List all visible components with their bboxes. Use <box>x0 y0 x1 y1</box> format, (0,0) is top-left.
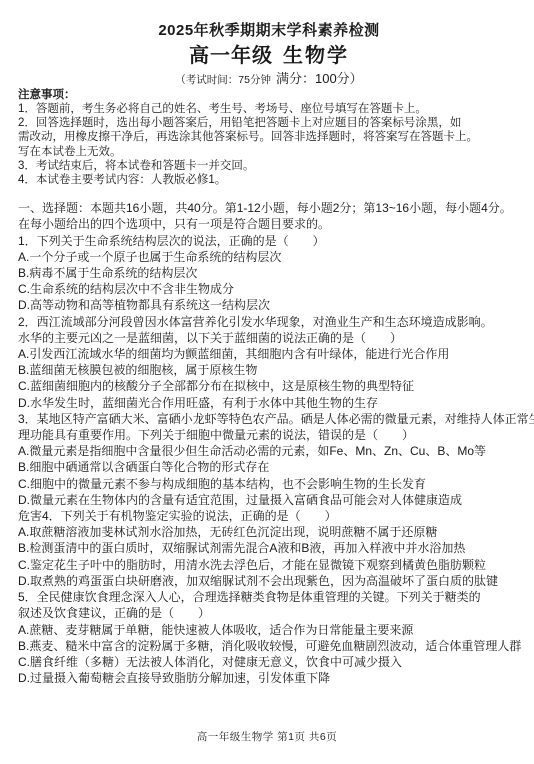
text-line: 5．全民健康饮食理念深入人心，合理选择糖类食物是体重管理的关键。下列关于糖类的 <box>18 589 520 605</box>
text-line: D.高等动物和高等植物都具有系统这一结构层次 <box>18 297 520 313</box>
text-line: C.膳食纤维（多糖）无法被人体消化，对健康无意义，饮食中可减少摄入 <box>18 654 520 670</box>
exam-full-score: 满分：100分） <box>276 71 363 86</box>
notices: 1．答题前，考生务必将自己的姓名、考生号、考场号、座位号填写在答题卡上。2．回答… <box>18 102 520 187</box>
exam-duration: （考试时间：75分钟 <box>175 74 271 86</box>
exam-body: 一、选择题：本题共16小题，共40分。第1-12小题，每小题2分；第13~16小… <box>18 200 520 686</box>
exam-title: 2025年秋季期期末学科素养检测 <box>18 22 520 40</box>
text-line: 在每小题给出的四个选项中，只有一项是符合题目要求的。 <box>18 216 520 232</box>
text-line: 写在本试卷上无效。 <box>18 145 520 159</box>
text-line: D.取煮熟的鸡蛋蛋白块研磨液，加双缩脲试剂不会出现紫色，因为高温破坏了蛋白质的肽… <box>18 573 520 589</box>
text-line: D.微量元素在生物体内的含量有适宜范围，过量摄入富硒食品可能会对人体健康造成 <box>18 492 520 508</box>
grade-subject-title: 高一年级生物学 <box>18 44 520 69</box>
text-line: D.水华发生时，蓝细菌光合作用旺盛，有利于水体中其他生物的生存 <box>18 395 520 411</box>
text-line: B.燕麦、糙米中富含的淀粉属于多糖，消化吸收较慢，可避免血糖剧烈波动，适合体重管… <box>18 638 520 654</box>
text-line: C.细胞中的微量元素不参与构成细胞的基本结构，也不会影响生物的生长发育 <box>18 476 520 492</box>
text-line: A.取蔗糖溶液加斐林试剂水浴加热，无砖红色沉淀出现，说明蔗糖不属于还原糖 <box>18 524 520 540</box>
text-line: C.蓝细菌细胞内的核酸分子全部都分布在拟核中，这是原核生物的典型特征 <box>18 378 520 394</box>
text-line: 1．下列关于生命系统结构层次的说法，正确的是（ ） <box>18 233 520 249</box>
text-line: C.鉴定花生子叶中的脂肪时，用清水洗去浮色后，才能在显微镜下观察到橘黄色脂肪颗粒 <box>18 557 520 573</box>
text-line: 水华的主要元凶之一是蓝细菌，以下关于蓝细菌的说法正确的是（ ） <box>18 330 520 346</box>
text-line: B.蓝细菌无核膜包被的细胞核，属于原核生物 <box>18 362 520 378</box>
text-line: 理功能具有重要作用。下列关于细胞中微量元素的说法，错误的是（ ） <box>18 427 520 443</box>
text-line: B.病毒不属于生命系统的结构层次 <box>18 265 520 281</box>
text-line: 4．本试卷主要考试内容：人教版必修1。 <box>18 173 520 187</box>
text-line: A.蔗糖、麦芽糖属于单糖，能快速被人体吸收，适合作为日常能量主要来源 <box>18 622 520 638</box>
text-line: A.引发西江流域水华的细菌均为颤蓝细菌，其细胞内含有叶绿体，能进行光合作用 <box>18 346 520 362</box>
text-line: 需改动，用橡皮擦干净后，再选涂其他答案标号。回答非选择题时，将答案写在答题卡上。 <box>18 130 520 144</box>
text-line: A.微量元素是指细胞中含量很少但生命活动必需的元素，如Fe、Mn、Zn、Cu、B… <box>18 443 520 459</box>
text-line: B.检测蛋清中的蛋白质时，双缩脲试剂需先混合A液和B液，再加入样液中并水浴加热 <box>18 540 520 556</box>
text-line: A.一个分子或一个原子也属于生命系统的结构层次 <box>18 249 520 265</box>
grade-title: 高一年级 <box>189 45 273 67</box>
text-line: 叙述及饮食建议，正确的是（ ） <box>18 605 520 621</box>
text-line: C.生命系统的结构层次中不含非生物成分 <box>18 281 520 297</box>
exam-paper-page: 2025年秋季期期末学科素养检测 高一年级生物学 （考试时间：75分钟满分：10… <box>0 0 534 764</box>
text-line: 一、选择题：本题共16小题，共40分。第1-12小题，每小题2分；第13~16小… <box>18 200 520 216</box>
exam-meta: （考试时间：75分钟满分：100分） <box>18 71 520 88</box>
text-line: 1．答题前，考生务必将自己的姓名、考生号、考场号、座位号填写在答题卡上。 <box>18 102 520 116</box>
text-line: D.过量摄入葡萄糖会直接导致脂肪分解加速，引发体重下降 <box>18 670 520 686</box>
text-line: 3．考试结束后，将本试卷和答题卡一并交回。 <box>18 159 520 173</box>
text-line: 2．回答选择题时，选出每小题答案后，用铅笔把答题卡上对应题目的答案标号涂黑，如 <box>18 116 520 130</box>
text-line: 3．某地区特产富硒大米、富硒小龙虾等特色农产品。硒是人体必需的微量元素，对维持人… <box>18 411 520 427</box>
text-line: B.细胞中硒通常以含硒蛋白等化合物的形式存在 <box>18 459 520 475</box>
subject-title: 生物学 <box>283 45 349 67</box>
page-footer: 高一年级生物学 第1页 共6页 <box>0 729 534 744</box>
text-line: 2．西江流域部分河段曾因水体富营养化引发水华现象，对渔业生产和生态环境造成影响。 <box>18 314 520 330</box>
text-line: 危害4．下列关于有机物鉴定实验的说法，正确的是（ ） <box>18 508 520 524</box>
notices-heading: 注意事项： <box>18 88 520 102</box>
